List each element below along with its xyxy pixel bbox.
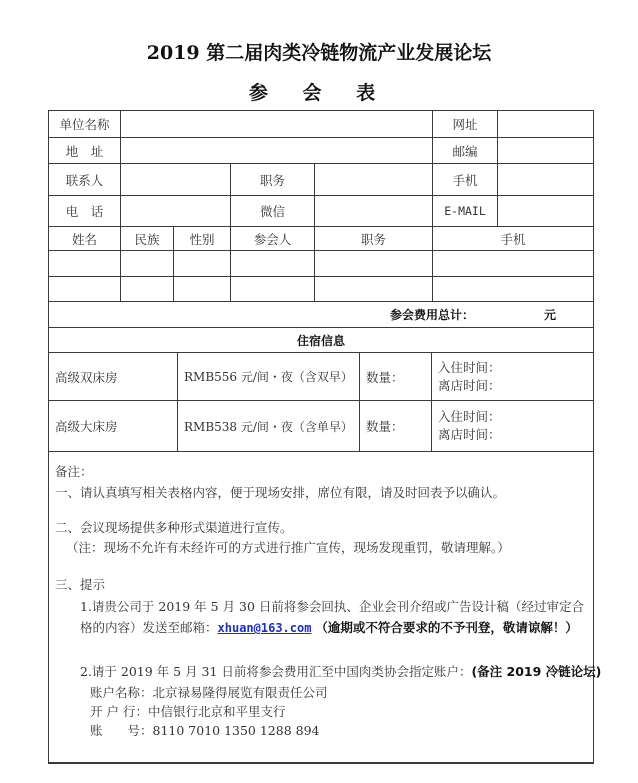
label-position: 职务 [231,164,314,195]
postcode-field[interactable] [498,138,593,163]
tip-1-line-2: 格的内容）发送至邮箱：xhuan@163.com （逾期或不符合要求的不予刊登，… [80,618,578,636]
col-divider [431,352,432,451]
room-dates[interactable]: 入住时间： 离店时间： [438,401,588,451]
phone-field[interactable] [121,196,230,226]
page-title: 2019 第二届肉类冷链物流产业发展论坛 [0,38,638,65]
room-quantity-label: 数量： [366,353,431,400]
total-fee-unit: 元 [540,302,560,327]
room-price: RMB538 元/间・夜（含单早） [184,401,359,451]
checkout-label: 离店时间： [438,377,501,395]
label-contact: 联系人 [49,164,120,195]
header-mobile: 手机 [433,227,593,250]
attendee-mobile-input[interactable] [433,277,593,301]
col-divider [359,352,360,451]
label-postcode: 邮编 [433,138,497,163]
row-divider [48,301,594,302]
company-name-field[interactable] [121,111,432,137]
attendee-mobile-input[interactable] [433,251,593,276]
header-ethnicity: 民族 [121,227,173,250]
bank-name: 开 户 行：中信银行北京和平里支行 [90,702,285,720]
header-position: 职务 [315,227,432,250]
note-item-1: 一、请认真填写相关表格内容，便于现场安排，席位有限，请及时回表予以确认。 [55,483,505,501]
room-type: 高级大床房 [55,401,175,451]
row-divider [48,451,594,452]
border-line [48,762,594,764]
attendee-ethnicity-input[interactable] [121,277,173,301]
total-fee-label: 参会费用总计： [390,302,490,327]
note-item-2: 二、会议现场提供多种形式渠道进行宣传。 [55,518,293,536]
tip-2: 2.请于 2019 年 5 月 31 日前将参会费用汇至中国肉类协会指定账户：(… [80,662,601,680]
attendee-role-input[interactable] [231,277,314,301]
account-name: 账户名称：北京禄易隆得展览有限责任公司 [90,683,328,701]
room-price: RMB556 元/间・夜（含双早） [184,353,359,400]
address-field[interactable] [121,138,432,163]
position-field[interactable] [315,164,432,195]
label-address: 地 址 [49,138,120,163]
label-wechat: 微信 [231,196,314,226]
contact-email-link[interactable]: xhuan@163.com [218,621,312,635]
room-quantity-label: 数量： [366,401,431,451]
attendee-gender-input[interactable] [174,251,230,276]
header-attendee: 参会人 [231,227,314,250]
wechat-field[interactable] [315,196,432,226]
tip-2-prefix: 2.请于 2019 年 5 月 31 日前将参会费用汇至中国肉类协会指定账户： [80,664,471,679]
tip-1-line-1: 1.请贵公司于 2019 年 5 月 30 日前将参会回执、企业会刊介绍或广告设… [80,597,584,615]
room-dates[interactable]: 入住时间： 离店时间： [438,353,588,400]
notes-heading: 备注： [55,462,93,480]
note-item-3: 三、提示 [55,575,105,593]
label-mobile: 手机 [433,164,497,195]
attendee-name-input[interactable] [49,277,120,301]
attendee-name-input[interactable] [49,251,120,276]
mobile-field[interactable] [498,164,593,195]
header-name: 姓名 [49,227,120,250]
tip-1-prefix: 格的内容）发送至邮箱： [80,620,218,635]
label-phone: 电 话 [49,196,120,226]
attendee-ethnicity-input[interactable] [121,251,173,276]
attendee-role-input[interactable] [231,251,314,276]
header-gender: 性别 [174,227,230,250]
lodging-title: 住宿信息 [49,328,593,352]
attendee-position-input[interactable] [315,277,432,301]
account-number: 账 号：8110 7010 1350 1288 894 [90,721,320,739]
attendee-position-input[interactable] [315,251,432,276]
label-company-name: 单位名称 [49,111,120,137]
label-email: E-MAIL [433,196,497,226]
checkin-label: 入住时间： [438,359,501,377]
attendee-gender-input[interactable] [174,277,230,301]
label-website: 网址 [433,111,497,137]
room-type: 高级双床房 [55,353,175,400]
website-field[interactable] [498,111,593,137]
tip-2-remark: (备注 2019 冷链论坛) [471,664,601,679]
email-field[interactable] [498,196,593,226]
checkin-label: 入住时间： [438,408,501,426]
tip-1-warning: （逾期或不符合要求的不予刊登，敬请谅解！） [315,620,578,635]
checkout-label: 离店时间： [438,426,501,444]
note-item-2-sub: （注：现场不允许有未经许可的方式进行推广宣传，现场发现重罚，敬请理解。） [66,538,510,556]
col-divider [177,352,178,451]
form-subtitle: 参 会 表 [0,78,638,105]
